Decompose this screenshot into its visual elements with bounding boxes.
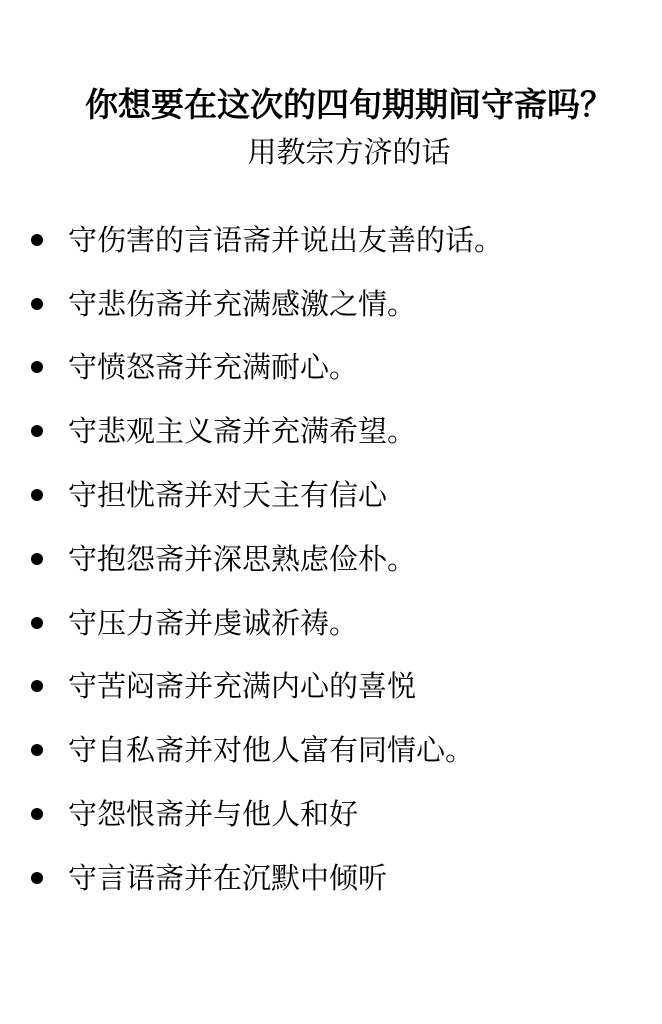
page-subtitle: 用教宗方济的话 <box>0 131 662 173</box>
list-item-text: 守抱怨斋并深思熟虑俭朴。 <box>68 539 416 579</box>
bullet-icon <box>31 744 43 756</box>
page-title: 你想要在这次的四旬期期间守斋吗？ <box>0 80 662 130</box>
list-item-text: 守怨恨斋并与他人和好 <box>68 794 358 834</box>
list-item-text: 守言语斋并在沉默中倾听 <box>68 858 387 898</box>
list-item-text: 守悲伤斋并充满感激之情。 <box>68 284 416 324</box>
bullet-icon <box>31 680 43 692</box>
bullet-icon <box>31 553 43 565</box>
bullet-icon <box>31 234 43 246</box>
list-item-text: 守伤害的言语斋并说出友善的话。 <box>68 220 503 260</box>
bullet-icon <box>31 489 43 501</box>
bullet-icon <box>31 298 43 310</box>
list-item-text: 守愤怒斋并充满耐心。 <box>68 347 358 387</box>
list-item-text: 守悲观主义斋并充满希望。 <box>68 411 416 451</box>
list-item-text: 守苦闷斋并充满内心的喜悦 <box>68 666 416 706</box>
list-item-text: 守自私斋并对他人富有同情心。 <box>68 730 474 770</box>
list-item-text: 守担忧斋并对天主有信心 <box>68 475 387 515</box>
bullet-icon <box>31 617 43 629</box>
bullet-icon <box>31 872 43 884</box>
bullet-icon <box>31 361 43 373</box>
list-item-text: 守压力斋并虔诚祈祷。 <box>68 603 358 643</box>
bullet-icon <box>31 808 43 820</box>
bullet-icon <box>31 425 43 437</box>
